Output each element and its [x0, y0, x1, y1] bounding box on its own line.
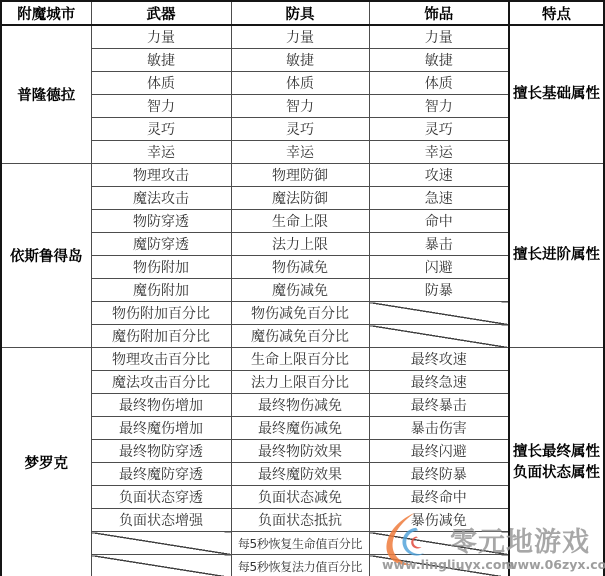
attribute-cell: 负面状态增强	[91, 509, 231, 532]
attribute-cell: 智力	[369, 95, 509, 118]
attribute-cell: 生命上限	[231, 210, 369, 233]
attribute-cell: 物伤附加	[91, 256, 231, 279]
attribute-cell: 魔防穿透	[91, 233, 231, 256]
attribute-cell: 力量	[91, 25, 231, 49]
attribute-cell: 魔法防御	[231, 187, 369, 210]
feature-cell: 擅长进阶属性	[509, 164, 604, 348]
attribute-cell: 暴击伤害	[369, 417, 509, 440]
attribute-cell: 体质	[369, 72, 509, 95]
enchant-attribute-table: 附魔城市 武器 防具 饰品 特点 普隆德拉力量力量力量擅长基础属性敏捷敏捷敏捷体…	[0, 0, 605, 576]
attribute-cell: 物理攻击	[91, 164, 231, 187]
col-header-armor: 防具	[231, 1, 369, 25]
attribute-cell: 体质	[231, 72, 369, 95]
empty-diagonal-cell	[369, 532, 509, 555]
attribute-cell: 魔伤减免百分比	[231, 325, 369, 348]
col-header-city: 附魔城市	[1, 1, 91, 25]
attribute-cell: 每5秒恢复法力值百分比	[231, 555, 369, 576]
attribute-cell: 最终闪避	[369, 440, 509, 463]
attribute-cell: 暴伤减免	[369, 509, 509, 532]
attribute-cell: 最终物伤减免	[231, 394, 369, 417]
attribute-cell: 力量	[231, 25, 369, 49]
attribute-cell: 最终防暴	[369, 463, 509, 486]
attribute-cell: 闪避	[369, 256, 509, 279]
attribute-cell: 魔伤附加	[91, 279, 231, 302]
attribute-cell: 每5秒恢复生命值百分比	[231, 532, 369, 555]
empty-diagonal-cell	[369, 302, 509, 325]
attribute-cell: 力量	[369, 25, 509, 49]
attribute-cell: 暴击	[369, 233, 509, 256]
attribute-cell: 灵巧	[231, 118, 369, 141]
attribute-cell: 防暴	[369, 279, 509, 302]
attribute-cell: 生命上限百分比	[231, 348, 369, 371]
attribute-cell: 敏捷	[91, 49, 231, 72]
attribute-cell: 法力上限百分比	[231, 371, 369, 394]
attribute-cell: 最终物防效果	[231, 440, 369, 463]
attribute-cell: 最终魔防效果	[231, 463, 369, 486]
attribute-cell: 智力	[91, 95, 231, 118]
col-header-feature: 特点	[509, 1, 604, 25]
attribute-cell: 负面状态穿透	[91, 486, 231, 509]
attribute-cell: 物伤减免	[231, 256, 369, 279]
attribute-cell: 负面状态抵抗	[231, 509, 369, 532]
attribute-cell: 物伤附加百分比	[91, 302, 231, 325]
attribute-cell: 最终急速	[369, 371, 509, 394]
attribute-cell: 最终魔伤减免	[231, 417, 369, 440]
empty-diagonal-cell	[369, 555, 509, 576]
attribute-cell: 最终魔伤增加	[91, 417, 231, 440]
attribute-cell: 敏捷	[231, 49, 369, 72]
attribute-cell: 魔伤减免	[231, 279, 369, 302]
attribute-cell: 幸运	[231, 141, 369, 164]
attribute-cell: 最终物伤增加	[91, 394, 231, 417]
attribute-cell: 智力	[231, 95, 369, 118]
enchant-table-body: 普隆德拉力量力量力量擅长基础属性敏捷敏捷敏捷体质体质体质智力智力智力灵巧灵巧灵巧…	[1, 25, 604, 576]
attribute-cell: 灵巧	[369, 118, 509, 141]
col-header-accessory: 饰品	[369, 1, 509, 25]
attribute-cell: 物伤减免百分比	[231, 302, 369, 325]
attribute-cell: 急速	[369, 187, 509, 210]
empty-diagonal-cell	[369, 325, 509, 348]
attribute-cell: 命中	[369, 210, 509, 233]
feature-cell: 擅长基础属性	[509, 25, 604, 164]
attribute-cell: 敏捷	[369, 49, 509, 72]
attribute-cell: 幸运	[369, 141, 509, 164]
attribute-cell: 最终暴击	[369, 394, 509, 417]
attribute-cell: 负面状态减免	[231, 486, 369, 509]
attribute-cell: 最终物防穿透	[91, 440, 231, 463]
attribute-cell: 体质	[91, 72, 231, 95]
attribute-cell: 物理防御	[231, 164, 369, 187]
feature-cell: 擅长最终属性负面状态属性	[509, 348, 604, 576]
table-row: 普隆德拉力量力量力量擅长基础属性	[1, 25, 604, 49]
attribute-cell: 灵巧	[91, 118, 231, 141]
col-header-weapon: 武器	[91, 1, 231, 25]
city-cell: 普隆德拉	[1, 25, 91, 164]
attribute-cell: 攻速	[369, 164, 509, 187]
city-cell: 梦罗克	[1, 348, 91, 576]
attribute-cell: 魔法攻击	[91, 187, 231, 210]
attribute-cell: 最终命中	[369, 486, 509, 509]
attribute-cell: 最终攻速	[369, 348, 509, 371]
header-row: 附魔城市 武器 防具 饰品 特点	[1, 1, 604, 25]
empty-diagonal-cell	[91, 555, 231, 576]
empty-diagonal-cell	[91, 532, 231, 555]
city-cell: 依斯鲁得岛	[1, 164, 91, 348]
table-row: 依斯鲁得岛物理攻击物理防御攻速擅长进阶属性	[1, 164, 604, 187]
table-row: 梦罗克物理攻击百分比生命上限百分比最终攻速擅长最终属性负面状态属性	[1, 348, 604, 371]
attribute-cell: 魔伤附加百分比	[91, 325, 231, 348]
attribute-cell: 魔法攻击百分比	[91, 371, 231, 394]
attribute-cell: 最终魔防穿透	[91, 463, 231, 486]
attribute-cell: 物防穿透	[91, 210, 231, 233]
attribute-cell: 物理攻击百分比	[91, 348, 231, 371]
attribute-cell: 法力上限	[231, 233, 369, 256]
attribute-cell: 幸运	[91, 141, 231, 164]
